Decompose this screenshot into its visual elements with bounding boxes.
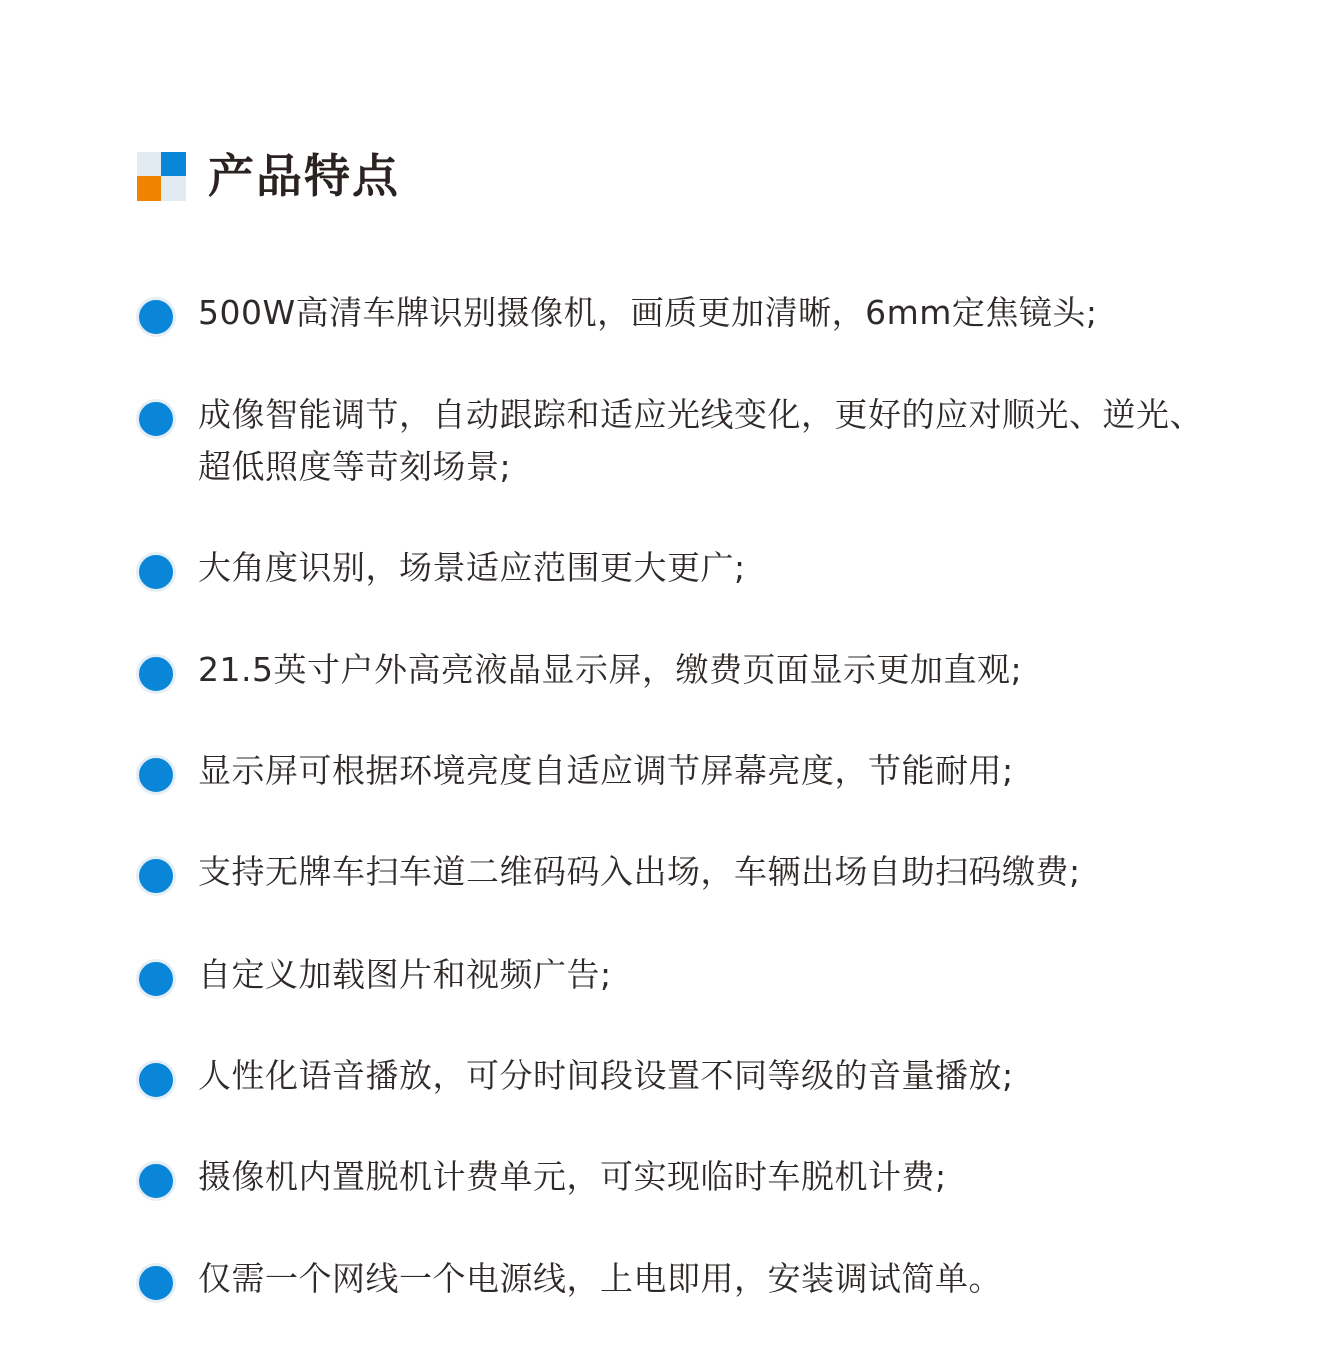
logo-cell-top-right	[161, 152, 186, 176]
feature-item: 人性化语音播放，可分时间段设置不同等级的音量播放;	[137, 1058, 1208, 1102]
logo-cell-bottom-right	[161, 176, 186, 201]
feature-item: 仅需一个网线一个电源线，上电即用，安装调试简单。	[137, 1261, 1208, 1305]
feature-text: 500W高清车牌识别摄像机，画质更加清晰，6mm定焦镜头;	[198, 287, 1208, 339]
feature-item: 显示屏可根据环境亮度自适应调节屏幕亮度，节能耐用;	[137, 753, 1208, 797]
feature-text: 成像智能调节，自动跟踪和适应光线变化，更好的应对顺光、逆光、超低照度等苛刻场景;	[198, 389, 1208, 493]
four-square-logo-icon	[137, 152, 186, 201]
feature-item: 支持无牌车扫车道二维码码入出场，车辆出场自助扫码缴费;	[137, 854, 1208, 898]
feature-text: 支持无牌车扫车道二维码码入出场，车辆出场自助扫码缴费;	[198, 846, 1208, 898]
section-header: 产品特点	[137, 150, 400, 202]
feature-text: 人性化语音播放，可分时间段设置不同等级的音量播放;	[198, 1050, 1208, 1102]
logo-cell-bottom-left	[137, 176, 161, 201]
feature-text: 21.5英寸户外高亮液晶显示屏，缴费页面显示更加直观;	[198, 644, 1208, 696]
feature-text: 显示屏可根据环境亮度自适应调节屏幕亮度，节能耐用;	[198, 745, 1208, 797]
feature-item: 21.5英寸户外高亮液晶显示屏，缴费页面显示更加直观;	[137, 652, 1208, 696]
feature-item: 成像智能调节，自动跟踪和适应光线变化，更好的应对顺光、逆光、超低照度等苛刻场景;	[137, 397, 1208, 493]
bullet-dot-icon	[136, 856, 176, 896]
bullet-dot-icon	[136, 552, 176, 592]
bullet-dot-icon	[136, 755, 176, 795]
feature-item: 大角度识别，场景适应范围更大更广;	[137, 550, 1208, 594]
bullet-dot-icon	[136, 1161, 176, 1201]
feature-text: 仅需一个网线一个电源线，上电即用，安装调试简单。	[198, 1253, 1208, 1305]
bullet-dot-icon	[136, 1263, 176, 1303]
section-title: 产品特点	[208, 150, 400, 202]
logo-cell-top-left	[137, 152, 161, 176]
bullet-dot-icon	[136, 1060, 176, 1100]
feature-text: 摄像机内置脱机计费单元，可实现临时车脱机计费;	[198, 1151, 1208, 1203]
feature-item: 自定义加载图片和视频广告;	[137, 957, 1208, 1001]
feature-item: 摄像机内置脱机计费单元，可实现临时车脱机计费;	[137, 1159, 1208, 1203]
bullet-dot-icon	[136, 297, 176, 337]
feature-text: 自定义加载图片和视频广告;	[198, 949, 1208, 1001]
feature-text: 大角度识别，场景适应范围更大更广;	[198, 542, 1208, 594]
bullet-dot-icon	[136, 654, 176, 694]
feature-item: 500W高清车牌识别摄像机，画质更加清晰，6mm定焦镜头;	[137, 295, 1208, 339]
bullet-dot-icon	[136, 399, 176, 439]
bullet-dot-icon	[136, 959, 176, 999]
